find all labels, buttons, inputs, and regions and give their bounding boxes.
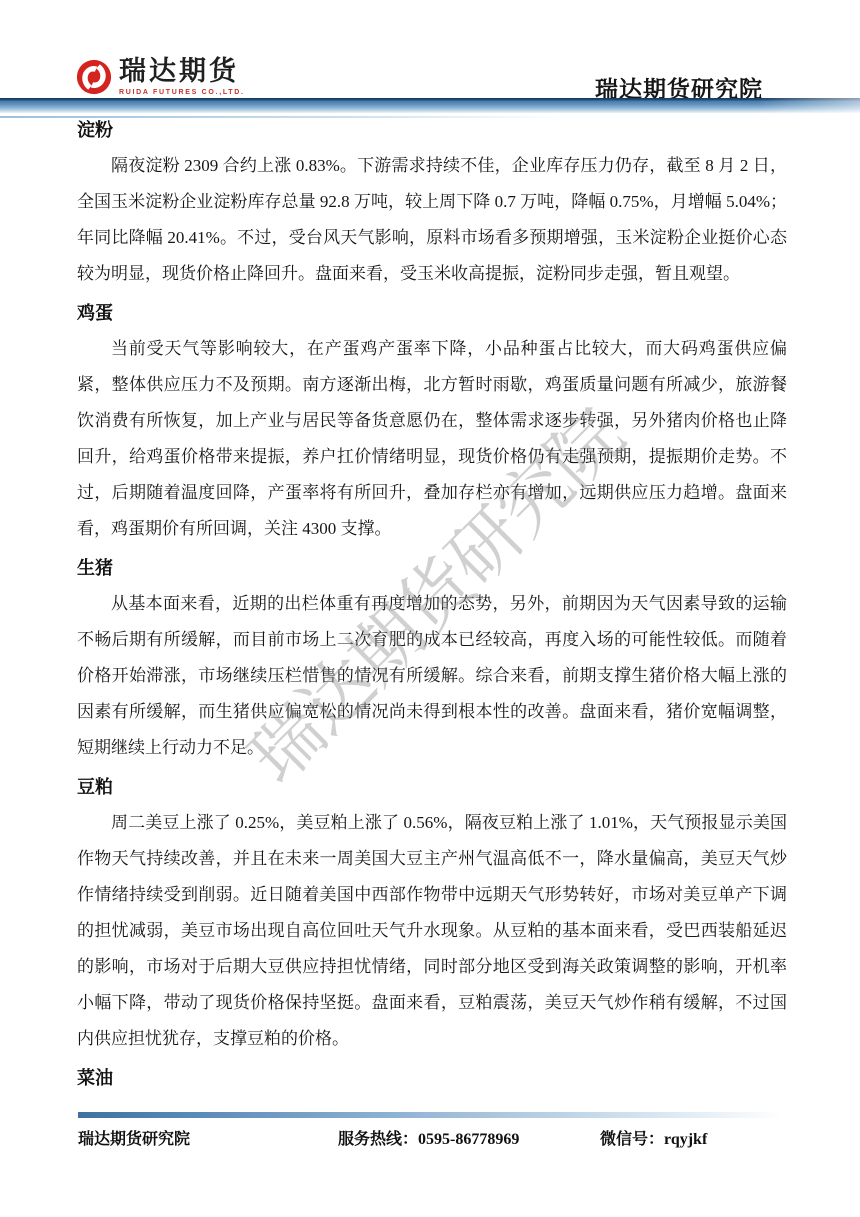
section-heading-egg: 鸡蛋 [77,301,787,325]
section-paragraph-hog: 从基本面来看，近期的出栏体重有再度增加的态势，另外，前期因为天气因素导致的运输不… [77,586,787,766]
company-logo: 瑞达期货 RUIDA FUTURES CO.,LTD. [76,57,245,96]
section-paragraph-egg: 当前受天气等影响较大，在产蛋鸡产蛋率下降，小品种蛋占比较大，而大码鸡蛋供应偏紧，… [77,331,787,547]
section-heading-soybean-meal: 豆粕 [77,775,787,799]
section-soybean-meal: 豆粕 周二美豆上涨了 0.25%，美豆粕上涨了 0.56%，隔夜豆粕上涨了 1.… [77,775,787,1057]
section-paragraph-soybean-meal: 周二美豆上涨了 0.25%，美豆粕上涨了 0.56%，隔夜豆粕上涨了 1.01%… [77,805,787,1057]
section-egg: 鸡蛋 当前受天气等影响较大，在产蛋鸡产蛋率下降，小品种蛋占比较大，而大码鸡蛋供应… [77,301,787,547]
logo-brand-en: RUIDA FUTURES CO.,LTD. [119,89,245,96]
footer-wechat-id: 微信号：rqyjkf [600,1126,707,1149]
section-rapeseed-oil: 菜油 [77,1066,787,1090]
footer-institute: 瑞达期货研究院 [78,1126,190,1149]
section-heading-rapeseed-oil: 菜油 [77,1066,787,1090]
footer-hotline: 服务热线：0595-86778969 [338,1126,519,1149]
section-paragraph-starch: 隔夜淀粉 2309 合约上涨 0.83%。下游需求持续不佳，企业库存压力仍存，截… [77,148,787,292]
report-page: 瑞达期货 RUIDA FUTURES CO.,LTD. 瑞达期货研究院 瑞达期货… [0,0,860,1217]
section-heading-hog: 生猪 [77,556,787,580]
ruida-logo-icon [76,59,112,95]
header-divider-bar [0,98,860,113]
report-body: 淀粉 隔夜淀粉 2309 合约上涨 0.83%。下游需求持续不佳，企业库存压力仍… [77,118,787,1096]
section-starch: 淀粉 隔夜淀粉 2309 合约上涨 0.83%。下游需求持续不佳，企业库存压力仍… [77,118,787,292]
logo-text: 瑞达期货 RUIDA FUTURES CO.,LTD. [119,57,245,96]
logo-brand-cn: 瑞达期货 [119,57,245,86]
section-heading-starch: 淀粉 [77,118,787,142]
section-hog: 生猪 从基本面来看，近期的出栏体重有再度增加的态势，另外，前期因为天气因素导致的… [77,556,787,766]
footer: 瑞达期货研究院 服务热线：0595-86778969 微信号：rqyjkf [0,1126,860,1150]
footer-divider-bar [78,1112,784,1118]
